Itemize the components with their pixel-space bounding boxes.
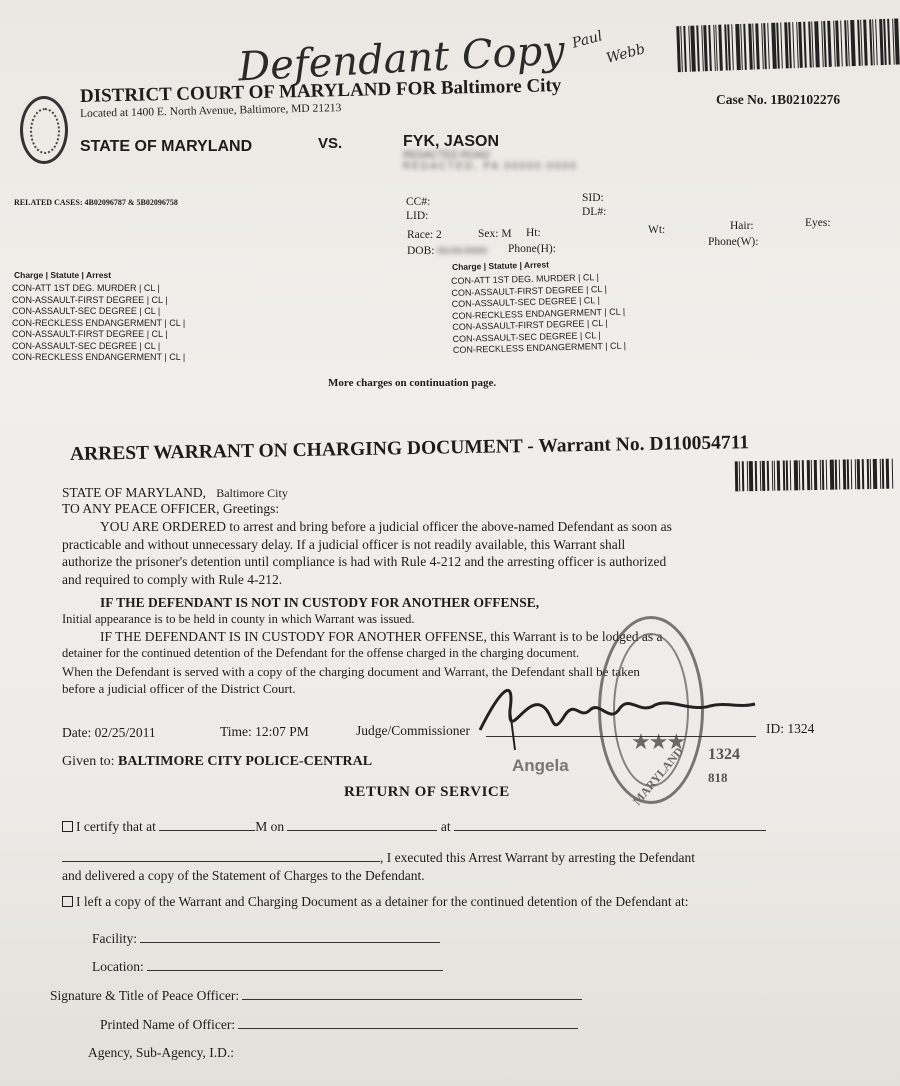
- dob-label: DOB:: [407, 245, 434, 257]
- stamp-name: Angela: [512, 756, 569, 776]
- barcode-bar: [883, 19, 887, 65]
- return-of-service-title: RETURN OF SERVICE: [344, 784, 510, 801]
- in-custody-line4: before a judicial officer of the Distric…: [62, 680, 296, 698]
- barcode-bar: [776, 23, 780, 69]
- barcode-bar: [811, 21, 814, 67]
- barcode-bar: [742, 461, 745, 491]
- barcode-bar: [862, 459, 865, 489]
- barcode-bar: [892, 459, 894, 489]
- barcode-bar: [847, 459, 850, 489]
- in-custody-lead: IF THE DEFENDANT IS IN CUSTODY FOR ANOTH…: [100, 629, 487, 644]
- given-to-agency: BALTIMORE CITY POLICE-CENTRAL: [118, 754, 372, 769]
- in-custody-line1: IF THE DEFENDANT IS IN CUSTODY FOR ANOTH…: [100, 628, 663, 646]
- warrant-title: ARREST WARRANT ON CHARGING DOCUMENT - Wa…: [70, 432, 749, 466]
- barcode-bar: [870, 459, 872, 489]
- barcode-bar: [823, 21, 827, 67]
- barcode-bar: [749, 461, 754, 491]
- signature-field[interactable]: [242, 999, 582, 1000]
- charges-header-left: Charge | Statute | Arrest: [14, 270, 111, 280]
- judge-signature: [470, 670, 770, 750]
- barcode-bar: [740, 24, 743, 70]
- location-label: Location:: [92, 959, 144, 974]
- barcode-bar: [767, 23, 770, 69]
- barcode-bar: [752, 24, 755, 70]
- agency-label: Agency, Sub-Agency, I.D.:: [88, 1044, 234, 1062]
- barcode-bar: [857, 459, 861, 489]
- charge-item: CON-ASSAULT-SEC DEGREE | CL |: [12, 306, 185, 318]
- barcode-bar: [799, 460, 801, 490]
- barcode-bar: [863, 20, 868, 66]
- charge-item: CON-ATT 1ST DEG. MURDER | CL |: [12, 283, 185, 295]
- judge-commissioner-label: Judge/Commissioner: [356, 722, 470, 740]
- barcode-bar: [731, 24, 734, 70]
- left-copy-text: I left a copy of the Warrant and Chargin…: [76, 894, 688, 909]
- executed-place-field[interactable]: [62, 861, 380, 862]
- barcode-bar: [718, 25, 723, 71]
- barcode-bar: [755, 23, 760, 69]
- barcode-bar: [780, 23, 783, 69]
- executed-row: , I executed this Arrest Warrant by arre…: [62, 849, 695, 867]
- barcode-bar: [708, 25, 712, 71]
- barcode-bar: [811, 460, 813, 490]
- more-charges-note: More charges on continuation page.: [328, 377, 496, 389]
- charges-header-right: Charge | Statute | Arrest: [452, 259, 549, 272]
- warrant-order-line1: YOU ARE ORDERED to arrest and bring befo…: [100, 518, 672, 536]
- barcode-bar: [727, 24, 731, 70]
- barcode-bar: [735, 461, 739, 491]
- left-copy-row: I left a copy of the Warrant and Chargin…: [62, 893, 688, 911]
- barcode-bar: [755, 461, 758, 491]
- sid-label: SID:: [582, 192, 604, 204]
- case-number: Case No. 1B02102276: [716, 92, 840, 108]
- barcode-bar: [814, 460, 818, 490]
- not-in-custody-heading: IF THE DEFENDANT IS NOT IN CUSTODY FOR A…: [100, 594, 539, 612]
- barcode-bar: [802, 460, 805, 490]
- dl-label: DL#:: [582, 206, 606, 218]
- certify-at-label: at: [441, 819, 451, 834]
- barcode-bar: [830, 460, 835, 490]
- order-text: to arrest and bring before a judicial of…: [226, 519, 672, 534]
- defendant-address-line2: REDACTED, PA 00000-0000: [403, 161, 578, 172]
- lid-label: LID:: [406, 210, 428, 222]
- barcode-bar: [690, 26, 696, 72]
- certify-label: I certify that at: [76, 819, 156, 834]
- barcode-bar: [826, 460, 828, 490]
- warrant-date: Date: 02/25/2011: [62, 724, 156, 742]
- barcode-bar: [872, 19, 875, 65]
- signature-label: Signature & Title of Peace Officer:: [50, 988, 239, 1003]
- order-lead: YOU ARE ORDERED: [100, 519, 226, 534]
- barcode-bar: [886, 459, 890, 489]
- warrant-order-line4: and required to comply with Rule 4-212.: [62, 571, 282, 589]
- signature-row: Signature & Title of Peace Officer:: [50, 987, 582, 1005]
- left-copy-checkbox[interactable]: [62, 896, 73, 907]
- warrant-time: Time: 12:07 PM: [220, 723, 309, 741]
- barcode-bar: [860, 20, 863, 66]
- barcode-bar: [743, 24, 747, 70]
- barcode-bar: [835, 21, 840, 67]
- charges-list-right: CON-ATT 1ST DEG. MURDER | CL |CON-ASSAUL…: [451, 271, 626, 356]
- barcode-bar: [835, 460, 838, 490]
- delivered-text: and delivered a copy of the Statement of…: [62, 867, 425, 885]
- barcode-bar: [843, 459, 847, 489]
- in-custody-line2: detainer for the continued detention of …: [62, 645, 579, 663]
- barcode-bar: [777, 461, 781, 491]
- certify-row: I certify that at M on at: [62, 818, 766, 836]
- cc-number-label: CC#:: [406, 196, 430, 208]
- hair-label: Hair:: [730, 220, 754, 232]
- not-in-custody-text: Initial appearance is to be held in coun…: [62, 611, 414, 629]
- barcode-bar: [788, 22, 792, 68]
- given-to: Given to: BALTIMORE CITY POLICE-CENTRAL: [62, 754, 372, 770]
- printed-name-field[interactable]: [238, 1028, 578, 1029]
- phone-home-label: Phone(H):: [508, 243, 556, 255]
- handwritten-name-2: Webb: [605, 41, 647, 67]
- barcode-bar: [894, 18, 900, 64]
- barcode-bar: [851, 459, 853, 489]
- printed-name-row: Printed Name of Officer:: [100, 1016, 578, 1034]
- versus: VS.: [318, 135, 342, 152]
- defendant-name: FYK, JASON: [403, 133, 499, 151]
- jurisdiction: Baltimore City: [216, 486, 288, 500]
- sex: Sex: M: [478, 228, 512, 240]
- facility-field[interactable]: [140, 942, 440, 943]
- barcode-bar: [840, 20, 843, 66]
- charges-list-left: CON-ATT 1ST DEG. MURDER | CL |CON-ASSAUL…: [12, 283, 185, 364]
- barcode-bar: [887, 19, 891, 65]
- stamp-number: 818: [708, 770, 728, 786]
- barcode-bar: [875, 19, 878, 65]
- barcode-bar: [873, 459, 878, 489]
- barcode-bar: [767, 461, 770, 491]
- executed-text: , I executed this Arrest Warrant by arre…: [380, 850, 695, 865]
- charge-item: CON-ASSAULT-FIRST DEGREE | CL |: [12, 295, 185, 307]
- barcode-bar: [822, 460, 825, 490]
- handwritten-name-1: Paul: [570, 28, 604, 51]
- charge-item: CON-RECKLESS ENDANGERMENT | CL |: [12, 352, 185, 364]
- state-label: STATE OF MARYLAND,: [62, 485, 206, 500]
- warrant-document: Defendant Copy Paul Webb DISTRICT COURT …: [0, 0, 900, 1086]
- dob-value: 00/00/0000: [437, 245, 487, 257]
- warrant-greeting: TO ANY PEACE OFFICER, Greetings:: [62, 500, 279, 518]
- barcode-bar: [794, 460, 799, 490]
- barcode-bar: [839, 460, 841, 490]
- printed-name-label: Printed Name of Officer:: [100, 1017, 235, 1032]
- barcode-bar: [763, 23, 767, 69]
- barcode-bar: [680, 26, 683, 72]
- certify-checkbox[interactable]: [62, 821, 73, 832]
- warrant-barcode: [735, 459, 894, 492]
- barcode-bar: [847, 20, 850, 66]
- facility-label: Facility:: [92, 931, 137, 946]
- certify-location-field[interactable]: [454, 830, 766, 831]
- certify-m-on-label: M on: [255, 819, 284, 834]
- charge-item: CON-RECKLESS ENDANGERMENT | CL |: [12, 318, 185, 330]
- barcode-bar: [850, 20, 856, 66]
- barcode-bar: [798, 22, 803, 68]
- case-barcode: [676, 18, 900, 72]
- eyes-label: Eyes:: [805, 217, 831, 229]
- barcode-bar: [790, 460, 792, 490]
- defendant-address-line1: REDACTED ROAD: [403, 150, 490, 161]
- height-label: Ht:: [526, 227, 541, 239]
- warrant-id: ID: 1324: [766, 720, 814, 738]
- barcode-bar: [882, 459, 885, 489]
- barcode-bar: [807, 460, 811, 490]
- court-seal-icon: [20, 96, 68, 164]
- barcode-bar: [792, 22, 795, 68]
- barcode-bar: [715, 25, 718, 71]
- given-to-label: Given to:: [62, 754, 115, 769]
- barcode-bar: [762, 461, 766, 491]
- certify-time-field[interactable]: [159, 830, 255, 831]
- location-row: Location:: [92, 958, 443, 976]
- barcode-bar: [739, 461, 741, 491]
- barcode-bar: [683, 26, 687, 72]
- barcode-bar: [696, 25, 700, 71]
- phone-work-label: Phone(W):: [708, 236, 758, 248]
- related-cases: RELATED CASES: 4B02096787 & 5B02096758: [14, 198, 178, 207]
- barcode-bar: [827, 21, 832, 67]
- certify-date-field[interactable]: [287, 830, 437, 831]
- warrant-order-line2: practicable and without unnecessary dela…: [62, 536, 625, 554]
- barcode-bar: [814, 21, 820, 67]
- plaintiff: STATE OF MARYLAND: [80, 138, 252, 156]
- barcode-bar: [774, 461, 776, 491]
- charge-item: CON-ASSAULT-SEC DEGREE | CL |: [12, 341, 185, 353]
- race: Race: 2: [407, 229, 442, 241]
- warrant-order-line3: authorize the prisoner's detention until…: [62, 553, 666, 571]
- weight-label: Wt:: [648, 224, 665, 236]
- charge-item: CON-ASSAULT-FIRST DEGREE | CL |: [12, 329, 185, 341]
- barcode-bar: [703, 25, 708, 71]
- barcode-bar: [786, 460, 789, 490]
- facility-row: Facility:: [92, 930, 440, 948]
- barcode-bar: [803, 22, 807, 68]
- location-field[interactable]: [147, 970, 443, 971]
